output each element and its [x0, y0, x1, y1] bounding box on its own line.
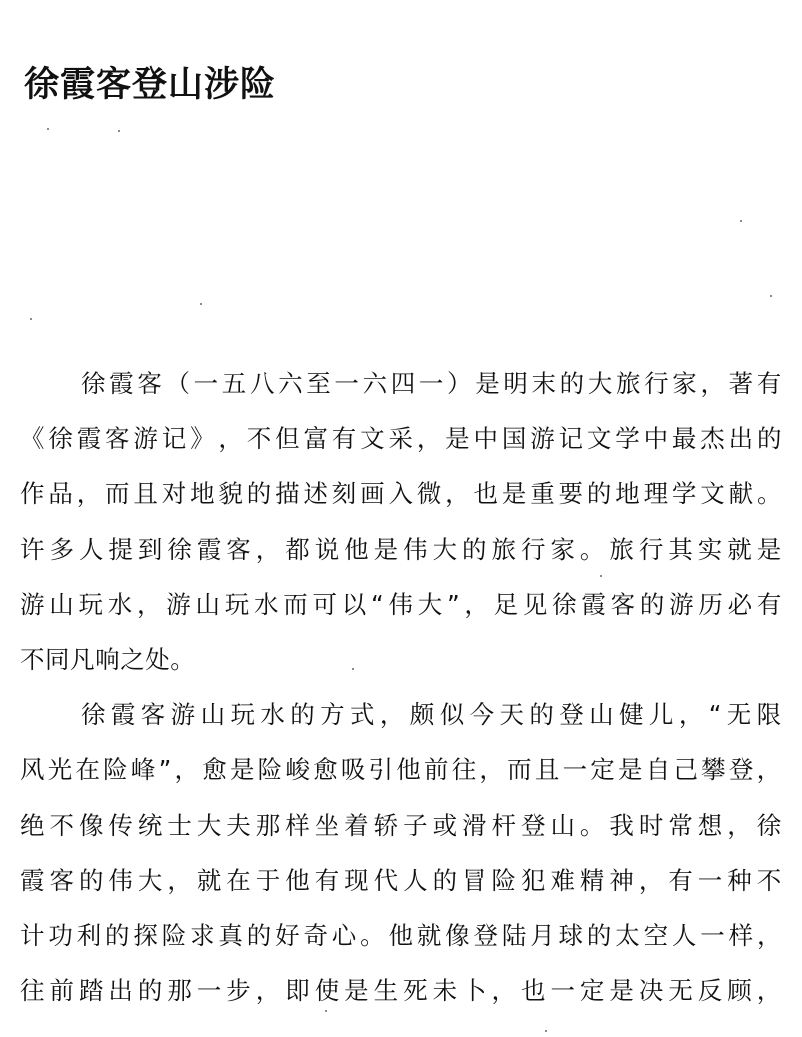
- scan-speck: [47, 128, 49, 130]
- scan-speck: [740, 220, 742, 222]
- scan-speck: [325, 1010, 327, 1012]
- page-title: 徐霞客登山涉险: [24, 63, 276, 107]
- scan-speck: [770, 295, 772, 297]
- text-line: 往前踏出的那一步，即使是生死未卜，也一定是决无反顾，: [20, 971, 782, 1026]
- text-line: 计功利的探险求真的好奇心。他就像登陆月球的太空人一样，: [20, 916, 782, 971]
- text-line: 游山玩水，游山玩水而可以“伟大”，足见徐霞客的游历必有: [20, 585, 782, 640]
- text-line: 徐霞客游山玩水的方式，颇似今天的登山健儿，“无限: [20, 695, 782, 750]
- scan-speck: [352, 668, 354, 670]
- text-line: 徐霞客（一五八六至一六四一）是明末的大旅行家，著有: [20, 364, 782, 419]
- text-line: 《徐霞客游记》，不但富有文采，是中国游记文学中最杰出的: [20, 419, 782, 474]
- scan-speck: [600, 575, 602, 577]
- scan-speck: [545, 1030, 547, 1032]
- text-line: 不同凡响之处。: [20, 640, 782, 695]
- text-line: 绝不像传统士大夫那样坐着轿子或滑杆登山。我时常想，徐: [20, 806, 782, 861]
- body-text: 徐霞客（一五八六至一六四一）是明末的大旅行家，著有 《徐霞客游记》，不但富有文采…: [20, 364, 782, 1026]
- text-line: 霞客的伟大，就在于他有现代人的冒险犯难精神，有一种不: [20, 861, 782, 916]
- scan-speck: [118, 130, 120, 132]
- scan-speck: [200, 303, 202, 305]
- scan-speck: [30, 318, 32, 320]
- text-line: 风光在险峰”，愈是险峻愈吸引他前往，而且一定是自己攀登，: [20, 750, 782, 805]
- text-line: 许多人提到徐霞客，都说他是伟大的旅行家。旅行其实就是: [20, 530, 782, 585]
- text-line: 作品，而且对地貌的描述刻画入微，也是重要的地理学文献。: [20, 474, 782, 529]
